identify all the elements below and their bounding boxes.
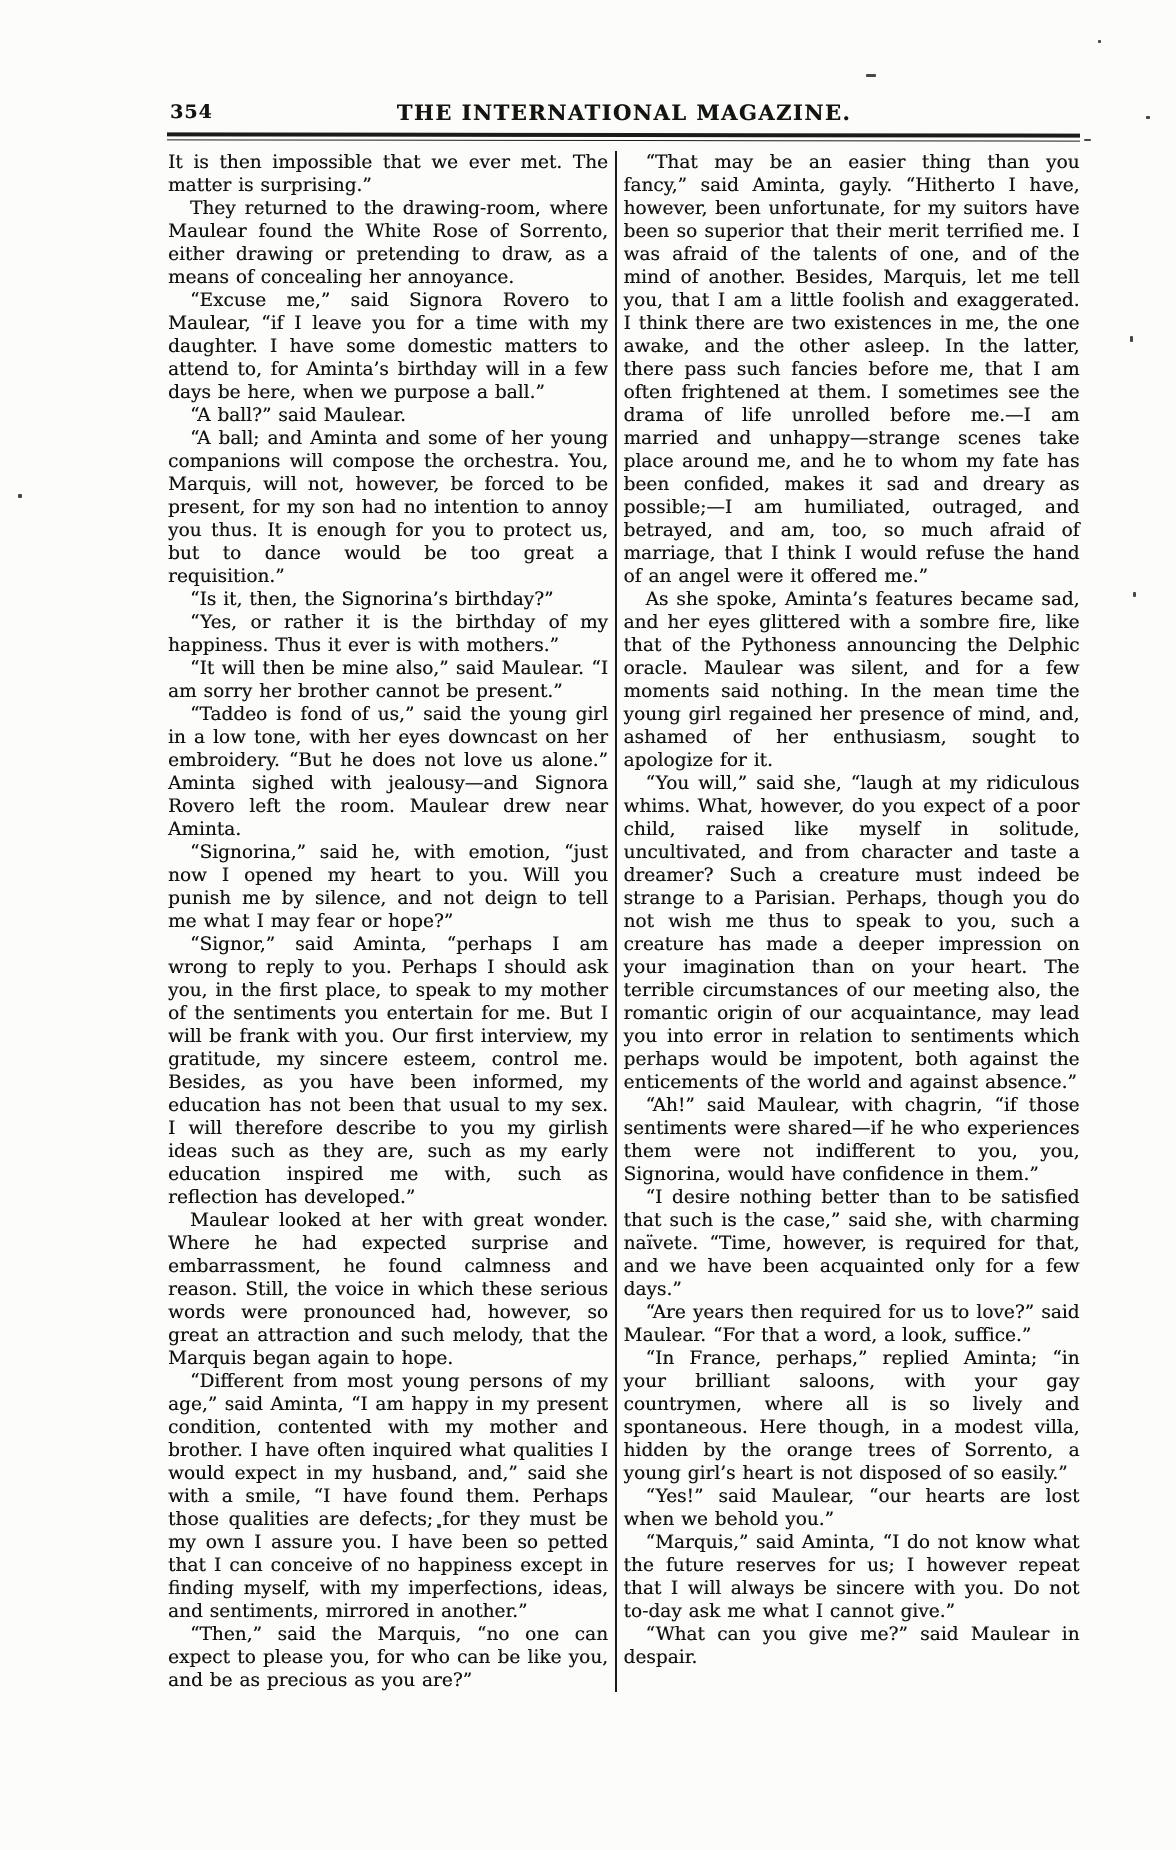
paragraph: “Then,” said the Marquis, “no one can ex… — [168, 1623, 608, 1692]
scan-speckle — [1133, 592, 1136, 597]
paragraph: “Is it, then, the Signorina’s birthday?” — [168, 588, 608, 611]
paragraph: “Marquis,” said Aminta, “I do not know w… — [624, 1531, 1080, 1623]
column-divider-rule — [615, 151, 617, 1692]
paragraph: “Excuse me,” said Signora Rovero to Maul… — [168, 289, 608, 404]
paragraph: It is then impossible that we ever met. … — [168, 151, 608, 197]
left-column: It is then impossible that we ever met. … — [168, 151, 608, 1692]
paragraph: “Are years then required for us to love?… — [624, 1301, 1080, 1347]
page-number: 354 — [170, 101, 213, 123]
paragraph: “I desire nothing better than to be sati… — [624, 1186, 1080, 1301]
paragraph: As she spoke, Aminta’s features became s… — [624, 588, 1080, 772]
header-double-rule — [167, 132, 1080, 141]
article-text: It is then impossible that we ever met. … — [168, 151, 1080, 1692]
page-header: 354 THE INTERNATIONAL MAGAZINE. — [168, 100, 1080, 128]
paragraph: “Different from most young persons of my… — [168, 1370, 608, 1623]
magazine-title: THE INTERNATIONAL MAGAZINE. — [168, 100, 1080, 125]
scan-speckle — [1098, 40, 1101, 43]
paragraph: “Yes!” said Maulear, “our hearts are los… — [624, 1485, 1080, 1531]
paragraph: “Signor,” said Aminta, “perhaps I am wro… — [168, 933, 608, 1209]
paragraph: “Ah!” said Maulear, with chagrin, “if th… — [624, 1094, 1080, 1186]
scan-speckle — [1084, 139, 1091, 141]
paragraph: “A ball; and Aminta and some of her youn… — [168, 427, 608, 588]
paragraph: “What can you give me?” said Maulear in … — [624, 1623, 1080, 1669]
paragraph: “You will,” said she, “laugh at my ridic… — [624, 772, 1080, 1094]
scan-speckle — [1130, 336, 1133, 342]
paragraph: “It will then be mine also,” said Maulea… — [168, 657, 608, 703]
paragraph: They returned to the drawing-room, where… — [168, 197, 608, 289]
paragraph: Maulear looked at her with great wonder.… — [168, 1209, 608, 1370]
paragraph: “That may be an easier thing than you fa… — [624, 151, 1080, 588]
paragraph: “A ball?” said Maulear. — [168, 404, 608, 427]
scan-speckle — [437, 1524, 441, 1528]
paragraph: “In France, perhaps,” replied Aminta; “i… — [624, 1347, 1080, 1485]
paragraph: “Taddeo is fond of us,” said the young g… — [168, 703, 608, 841]
magazine-page: 354 THE INTERNATIONAL MAGAZINE. It is th… — [0, 0, 1176, 1850]
right-column: “That may be an easier thing than you fa… — [624, 151, 1080, 1692]
scan-speckle — [866, 74, 876, 77]
paragraph: “Yes, or rather it is the birthday of my… — [168, 611, 608, 657]
scan-speckle — [1146, 116, 1150, 119]
paragraph: “Signorina,” said he, with emotion, “jus… — [168, 841, 608, 933]
scan-speckle — [18, 494, 22, 498]
